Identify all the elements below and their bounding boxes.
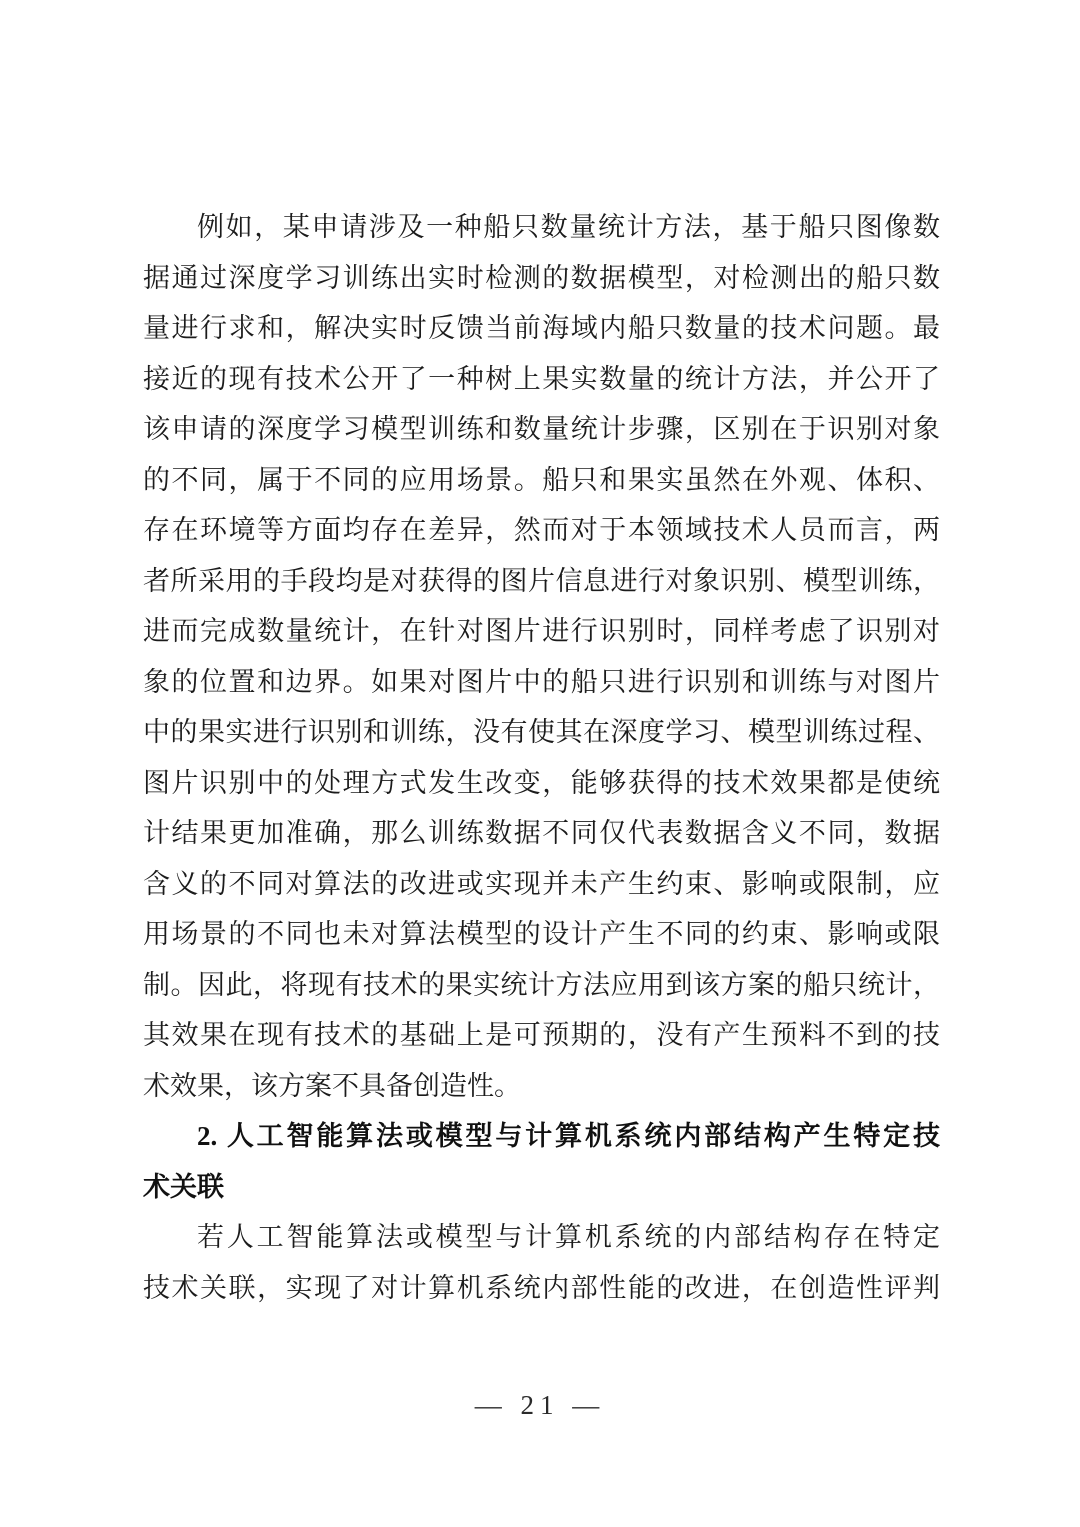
text-line: 接近的现有技术公开了一种树上果实数量的统计方法，并公开了 xyxy=(143,354,940,405)
text-line: 该申请的深度学习模型训练和数量统计步骤，区别在于识别对象 xyxy=(143,404,940,455)
text-line: 象的位置和边界。如果对图片中的船只进行识别和训练与对图片 xyxy=(143,657,940,708)
text-line: 技术关联，实现了对计算机系统内部性能的改进，在创造性评判 xyxy=(143,1263,940,1314)
text-line: 的不同，属于不同的应用场景。船只和果实虽然在外观、体积、 xyxy=(143,455,940,506)
document-body: 例如，某申请涉及一种船只数量统计方法，基于船只图像数 据通过深度学习训练出实时检… xyxy=(143,202,940,1313)
section-heading: 2. 人工智能算法或模型与计算机系统内部结构产生特定技 术关联 xyxy=(143,1111,940,1212)
text-line: 若人工智能算法或模型与计算机系统的内部结构存在特定 xyxy=(143,1212,940,1263)
text-line: 含义的不同对算法的改进或实现并未产生约束、影响或限制，应 xyxy=(143,859,940,910)
document-page: 例如，某申请涉及一种船只数量统计方法，基于船只图像数 据通过深度学习训练出实时检… xyxy=(0,0,1080,1527)
text-line: 用场景的不同也未对算法模型的设计产生不同的约束、影响或限 xyxy=(143,909,940,960)
text-line: 进而完成数量统计，在针对图片进行识别时，同样考虑了识别对 xyxy=(143,606,940,657)
text-line: 其效果在现有技术的基础上是可预期的，没有产生预料不到的技 xyxy=(143,1010,940,1061)
section-heading-line: 术关联 xyxy=(143,1162,940,1213)
section-heading-line: 2. 人工智能算法或模型与计算机系统内部结构产生特定技 xyxy=(143,1111,940,1162)
page-footer: — 21 — xyxy=(0,1388,1080,1422)
text-line: 制。因此，将现有技术的果实统计方法应用到该方案的船只统计， xyxy=(143,960,940,1011)
text-line: 图片识别中的处理方式发生改变，能够获得的技术效果都是使统 xyxy=(143,758,940,809)
text-line: 存在环境等方面均存在差异，然而对于本领域技术人员而言，两 xyxy=(143,505,940,556)
text-line: 例如，某申请涉及一种船只数量统计方法，基于船只图像数 xyxy=(143,202,940,253)
text-line: 术效果，该方案不具备创造性。 xyxy=(143,1061,940,1112)
paragraph-section-intro: 若人工智能算法或模型与计算机系统的内部结构存在特定 技术关联，实现了对计算机系统… xyxy=(143,1212,940,1313)
text-line: 据通过深度学习训练出实时检测的数据模型，对检测出的船只数 xyxy=(143,253,940,304)
text-line: 量进行求和，解决实时反馈当前海域内船只数量的技术问题。最 xyxy=(143,303,940,354)
paragraph-example: 例如，某申请涉及一种船只数量统计方法，基于船只图像数 据通过深度学习训练出实时检… xyxy=(143,202,940,1111)
text-line: 中的果实进行识别和训练，没有使其在深度学习、模型训练过程、 xyxy=(143,707,940,758)
page-number: — 21 — xyxy=(475,1390,606,1420)
text-line: 计结果更加准确，那么训练数据不同仅代表数据含义不同，数据 xyxy=(143,808,940,859)
text-line: 者所采用的手段均是对获得的图片信息进行对象识别、模型训练， xyxy=(143,556,940,607)
